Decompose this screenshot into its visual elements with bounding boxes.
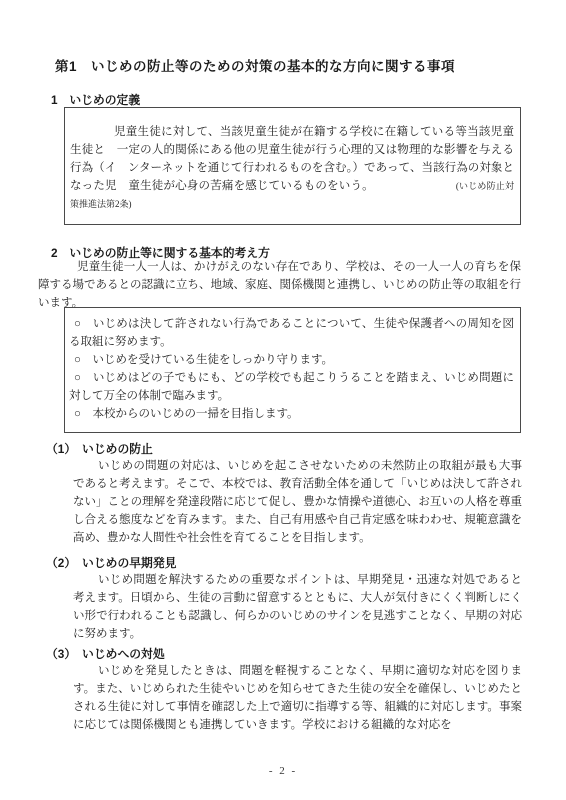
principle-item-4: ○ 本校からのいじめの一掃を目指します。 [69,405,514,423]
document-page: 第1 いじめの防止等のための対策の基本的な方向に関する事項 1 いじめの定義 児… [0,0,566,800]
subsection-3-heading: （3） いじめへの対処 [46,645,165,662]
definition-body: 児童生徒に対して、当該児童生徒が在籍する学校に在籍している等当該児童生徒と 一定… [70,126,514,192]
subsection-2-paragraph: いじめ問題を解決するための重要なポイントは、早期発見・迅速な対処であると考えます… [73,571,522,643]
subsection-1-paragraph: いじめの問題の対応は、いじめを起こさせないための未然防止の取組が最も大事であると… [73,457,522,547]
principles-box: ○ いじめは決して許されない行為であることについて、生徒や保護者への周知を図る取… [64,307,521,433]
definition-text: 児童生徒に対して、当該児童生徒が在籍する学校に在籍している等当該児童生徒と 一定… [70,123,514,213]
definition-box: 児童生徒に対して、当該児童生徒が在籍する学校に在籍している等当該児童生徒と 一定… [64,107,521,225]
section-2-paragraph: 児童生徒一人一人は、かけがえのない存在であり、学校は、その一人一人の育ちを保障す… [38,258,521,312]
principle-item-1: ○ いじめは決して許されない行為であることについて、生徒や保護者への周知を図る取… [69,315,514,351]
principle-item-2: ○ いじめを受けている生徒をしっかり守ります。 [69,351,514,369]
subsection-1-heading: （1） いじめの防止 [46,440,153,457]
page-number: - 2 - [0,765,566,777]
subsection-2-heading: （2） いじめの早期発見 [46,554,176,571]
section-1-heading: 1 いじめの定義 [51,91,140,108]
subsection-3-paragraph: いじめを発見したときは、問題を軽視することなく、早期に適切な対応を図ります。また… [73,662,522,734]
principle-item-3: ○ いじめはどの子でもにも、どの学校でも起こりうることを踏まえ、いじめ問題に対し… [69,369,514,405]
page-title: 第1 いじめの防止等のための対策の基本的な方向に関する事項 [55,55,455,75]
